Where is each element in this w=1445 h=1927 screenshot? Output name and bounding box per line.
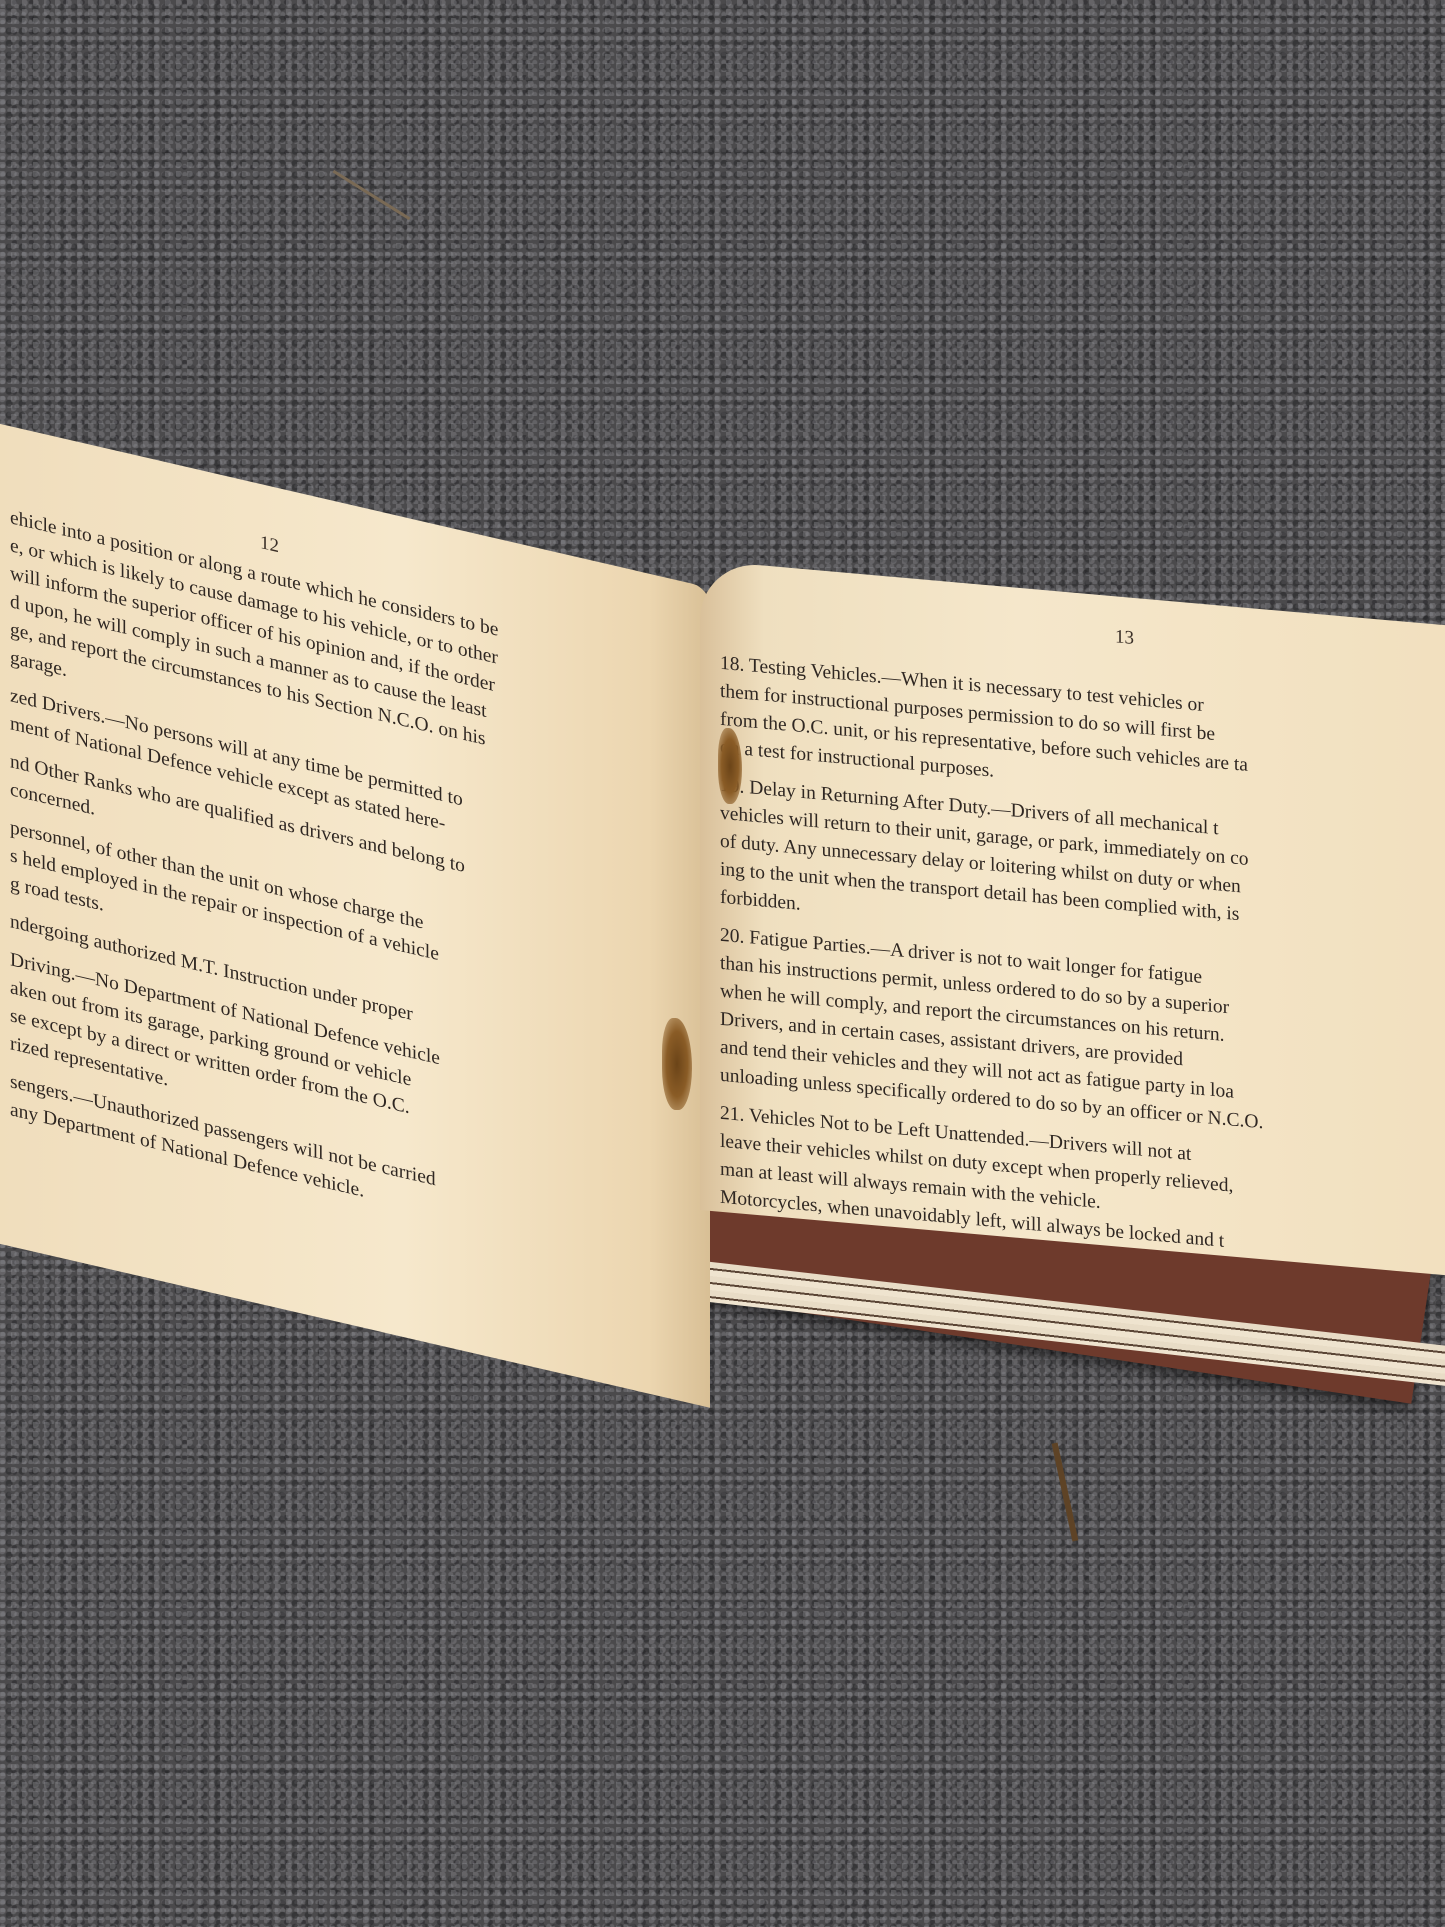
carpet-debris	[1052, 1442, 1079, 1541]
page-text: 18. Testing Vehicles.—When it is necessa…	[720, 650, 1263, 1280]
carpet-debris	[333, 170, 411, 220]
right-page: 13 18. Testing Vehicles.—When it is nece…	[700, 560, 1445, 1280]
page-text: ehicle into a position or along a route …	[10, 504, 498, 1237]
left-page: 12 ehicle into a position or along a rou…	[0, 410, 710, 1408]
page-number: 12	[260, 532, 279, 558]
page-number: 13	[1115, 626, 1134, 650]
